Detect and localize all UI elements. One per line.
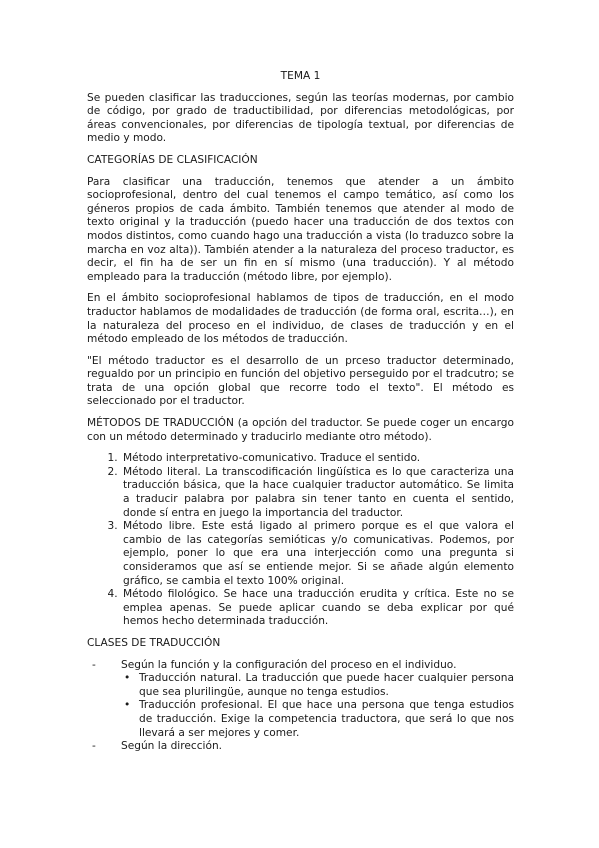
class-sublist: • Traducción natural. La traducción que …: [121, 672, 514, 740]
classes-list: - Según la función y la configuración de…: [87, 659, 514, 754]
section-heading-metodos: MÉTODOS DE TRADUCCIÓN (a opción del trad…: [87, 417, 514, 444]
class-subitem-text: Traducción natural. La traducción que pu…: [139, 672, 514, 698]
method-item: Método filológico. Se hace una traducció…: [121, 588, 514, 629]
dash-icon: -: [92, 659, 96, 673]
class-label: Según la función y la configuración del …: [121, 659, 456, 671]
document-page: TEMA 1 Se pueden clasificar las traducci…: [87, 70, 514, 754]
class-item: - Según la dirección.: [87, 740, 514, 754]
class-subitem: • Traducción profesional. El que hace un…: [121, 699, 514, 740]
paragraph-quote-metodo: "El método traductor es el desarrollo de…: [87, 355, 514, 409]
section-heading-clases: CLASES DE TRADUCCIÓN: [87, 637, 514, 651]
document-title: TEMA 1: [87, 70, 514, 84]
class-label: Según la dirección.: [121, 740, 222, 752]
method-item: Método literal. La transcodificación lin…: [121, 466, 514, 520]
class-subitem-text: Traducción profesional. El que hace una …: [139, 699, 514, 738]
dash-icon: -: [92, 740, 96, 754]
method-item: Método interpretativo-comunicativo. Trad…: [121, 452, 514, 466]
class-item: - Según la función y la configuración de…: [87, 659, 514, 741]
bullet-icon: •: [124, 672, 130, 686]
paragraph-ambito: En el ámbito socioprofesional hablamos d…: [87, 292, 514, 346]
method-item: Método libre. Este está ligado al primer…: [121, 520, 514, 588]
class-subitem: • Traducción natural. La traducción que …: [121, 672, 514, 699]
paragraph-clasificar: Para clasificar una traducción, tenemos …: [87, 176, 514, 285]
bullet-icon: •: [124, 699, 130, 713]
methods-list: Método interpretativo-comunicativo. Trad…: [87, 452, 514, 629]
section-heading-categorias: CATEGORÍAS DE CLASIFICACIÓN: [87, 154, 514, 168]
intro-paragraph: Se pueden clasificar las traducciones, s…: [87, 92, 514, 146]
